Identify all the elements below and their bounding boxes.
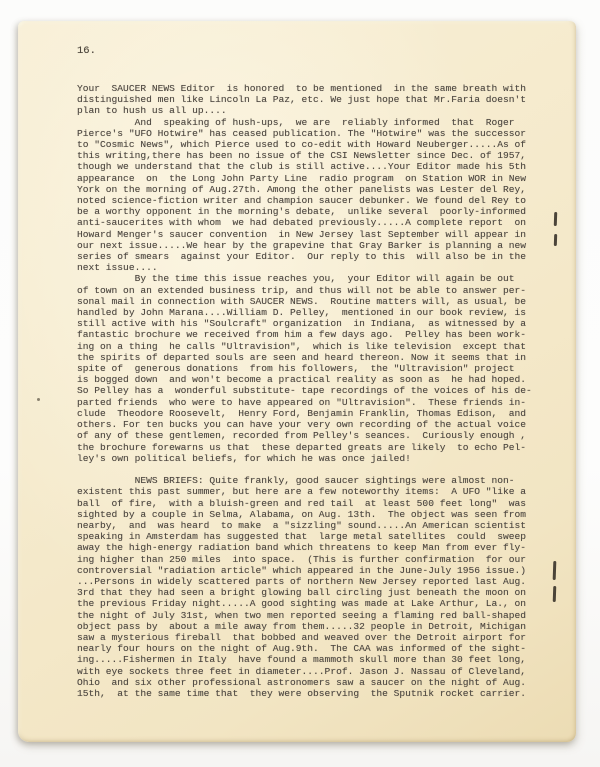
typewritten-text: Your SAUCER NEWS Editor is honored to be… [77, 83, 532, 699]
page-number: 16. [77, 45, 96, 57]
margin-ink-dash-4 [553, 586, 557, 602]
scan-background: 16. Your SAUCER NEWS Editor is honored t… [0, 0, 600, 767]
margin-ink-dash-3 [553, 561, 557, 580]
document-page: 16. Your SAUCER NEWS Editor is honored t… [18, 21, 576, 742]
margin-ink-dot [37, 398, 40, 401]
margin-ink-dash-1 [554, 212, 557, 226]
margin-ink-dash-2 [554, 234, 557, 246]
